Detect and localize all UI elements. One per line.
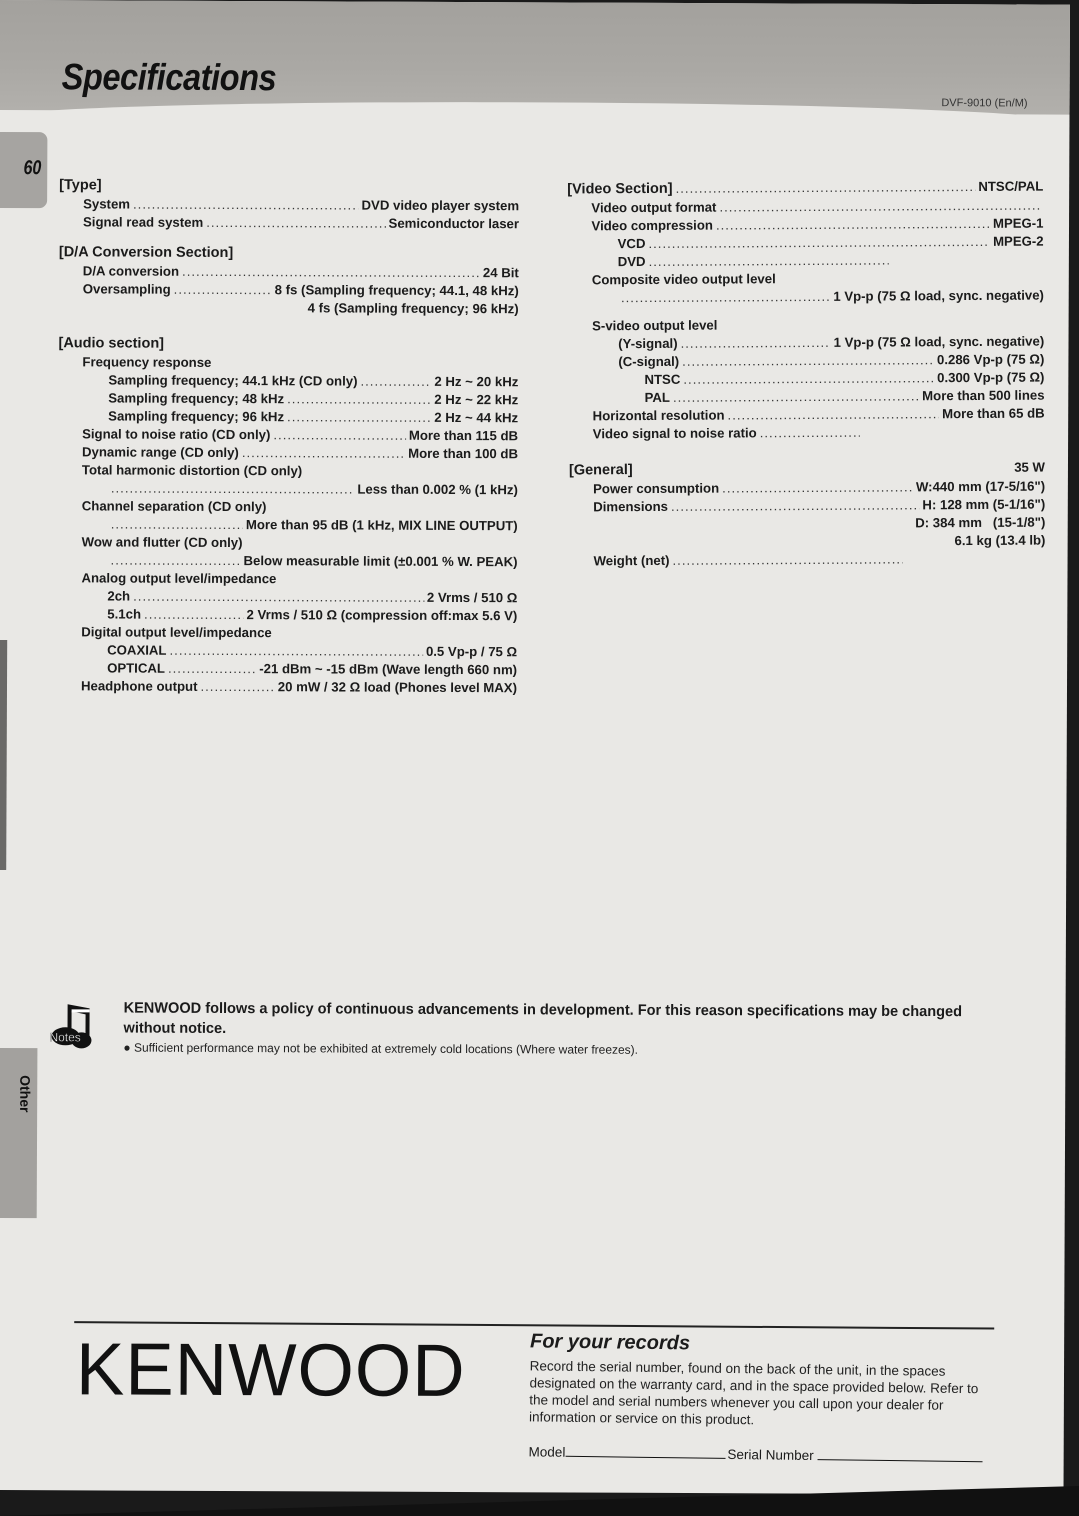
spec-row: COAXIAL0.5 Vp-p / 75 Ω: [57, 641, 517, 661]
spec-row: Less than 0.002 % (1 kHz): [58, 479, 518, 499]
section-title-da: [D/A Conversion Section]: [59, 243, 519, 263]
spec-row: Sampling frequency; 96 kHz2 Hz ~ 44 kHz: [58, 407, 518, 427]
notes-music-icon: Notes: [45, 1000, 101, 1050]
section-title-video: [Video Section]: [567, 180, 672, 199]
section-title-general: [General]: [569, 461, 633, 479]
model-label: Model: [529, 1444, 566, 1459]
notes-bullet: ● Sufficient performance may not be exhi…: [123, 1041, 638, 1057]
spec-row: Dynamic range (CD only)More than 100 dB: [58, 443, 518, 463]
spec-label: Wow and flutter (CD only): [58, 533, 518, 553]
serial-field[interactable]: [818, 1447, 983, 1462]
manual-page: Specifications DVF-9010 (En/M) 60 Other …: [0, 0, 1070, 1495]
spec-column-right: [Video Section]NTSC/PAL Video output for…: [567, 178, 1045, 571]
records-title: For your records: [530, 1330, 1000, 1359]
section-side-tab-label: Other: [0, 1075, 33, 1135]
spec-row: D/A conversion24 Bit: [59, 262, 519, 282]
page-edge-strip: [0, 640, 7, 870]
records-fields: Model Serial Number: [529, 1443, 999, 1465]
spec-row: Signal to noise ratio (CD only)More than…: [58, 425, 518, 445]
spec-row: Below measurable limit (±0.001 % W. PEAK…: [58, 551, 518, 571]
spec-row: SystemDVD video player system: [59, 195, 519, 215]
spec-label: Digital output level/impedance: [57, 623, 517, 643]
spec-row: Headphone output20 mW / 32 Ω load (Phone…: [57, 677, 517, 697]
spec-label: Total harmonic distortion (CD only): [58, 461, 518, 481]
notes-block: Notes KENWOOD follows a policy of contin…: [46, 998, 1036, 1002]
spec-row: 5.1ch2 Vrms / 510 Ω (compression off:max…: [57, 605, 517, 625]
page-title: Specifications: [62, 56, 277, 99]
spec-label: Analog output level/impedance: [57, 569, 517, 589]
notes-text: KENWOOD follows a policy of continuous a…: [123, 999, 1006, 1043]
spec-label: Frequency response: [58, 353, 518, 373]
brand-logo: KENWOOD: [76, 1326, 466, 1413]
spec-row: Weight (net): [569, 550, 1045, 571]
model-code: DVF-9010 (En/M): [941, 97, 1027, 109]
svg-text:Notes: Notes: [49, 1030, 80, 1044]
page-number: 60: [23, 157, 41, 180]
records-body: Record the serial number, found on the b…: [529, 1357, 1000, 1431]
spec-row-continuation: 6.1 kg (13.4 lb): [569, 532, 1045, 553]
model-field[interactable]: [565, 1444, 725, 1459]
section-title-audio: [Audio section]: [58, 334, 518, 354]
spec-row: 2ch2 Vrms / 510 Ω: [57, 587, 517, 607]
spec-row: Horizontal resolutionMore than 65 dB: [569, 405, 1045, 426]
records-block: For your records Record the serial numbe…: [529, 1330, 1001, 1465]
spec-row: VCDMPEG-2: [568, 233, 1044, 254]
spec-row: Oversampling8 fs (Sampling frequency; 44…: [59, 280, 519, 300]
spec-row: 1 Vp-p (75 Ω load, sync. negative): [568, 287, 1044, 308]
serial-label: Serial Number: [727, 1447, 813, 1463]
spec-row: Sampling frequency; 48 kHz2 Hz ~ 22 kHz: [58, 389, 518, 409]
spec-label: Channel separation (CD only): [58, 497, 518, 517]
spec-row: Signal read systemSemiconductor laser: [59, 213, 519, 233]
spec-row-continuation: 4 fs (Sampling frequency; 96 kHz): [59, 298, 519, 318]
section-title-type: [Type]: [59, 176, 519, 196]
spec-row: OPTICAL-21 dBm ~ -15 dBm (Wave length 66…: [57, 659, 517, 679]
spec-row: Sampling frequency; 44.1 kHz (CD only)2 …: [58, 371, 518, 391]
spec-row: More than 95 dB (1 kHz, MIX LINE OUTPUT): [58, 515, 518, 535]
spec-column-left: [Type] SystemDVD video player system Sig…: [57, 176, 519, 697]
